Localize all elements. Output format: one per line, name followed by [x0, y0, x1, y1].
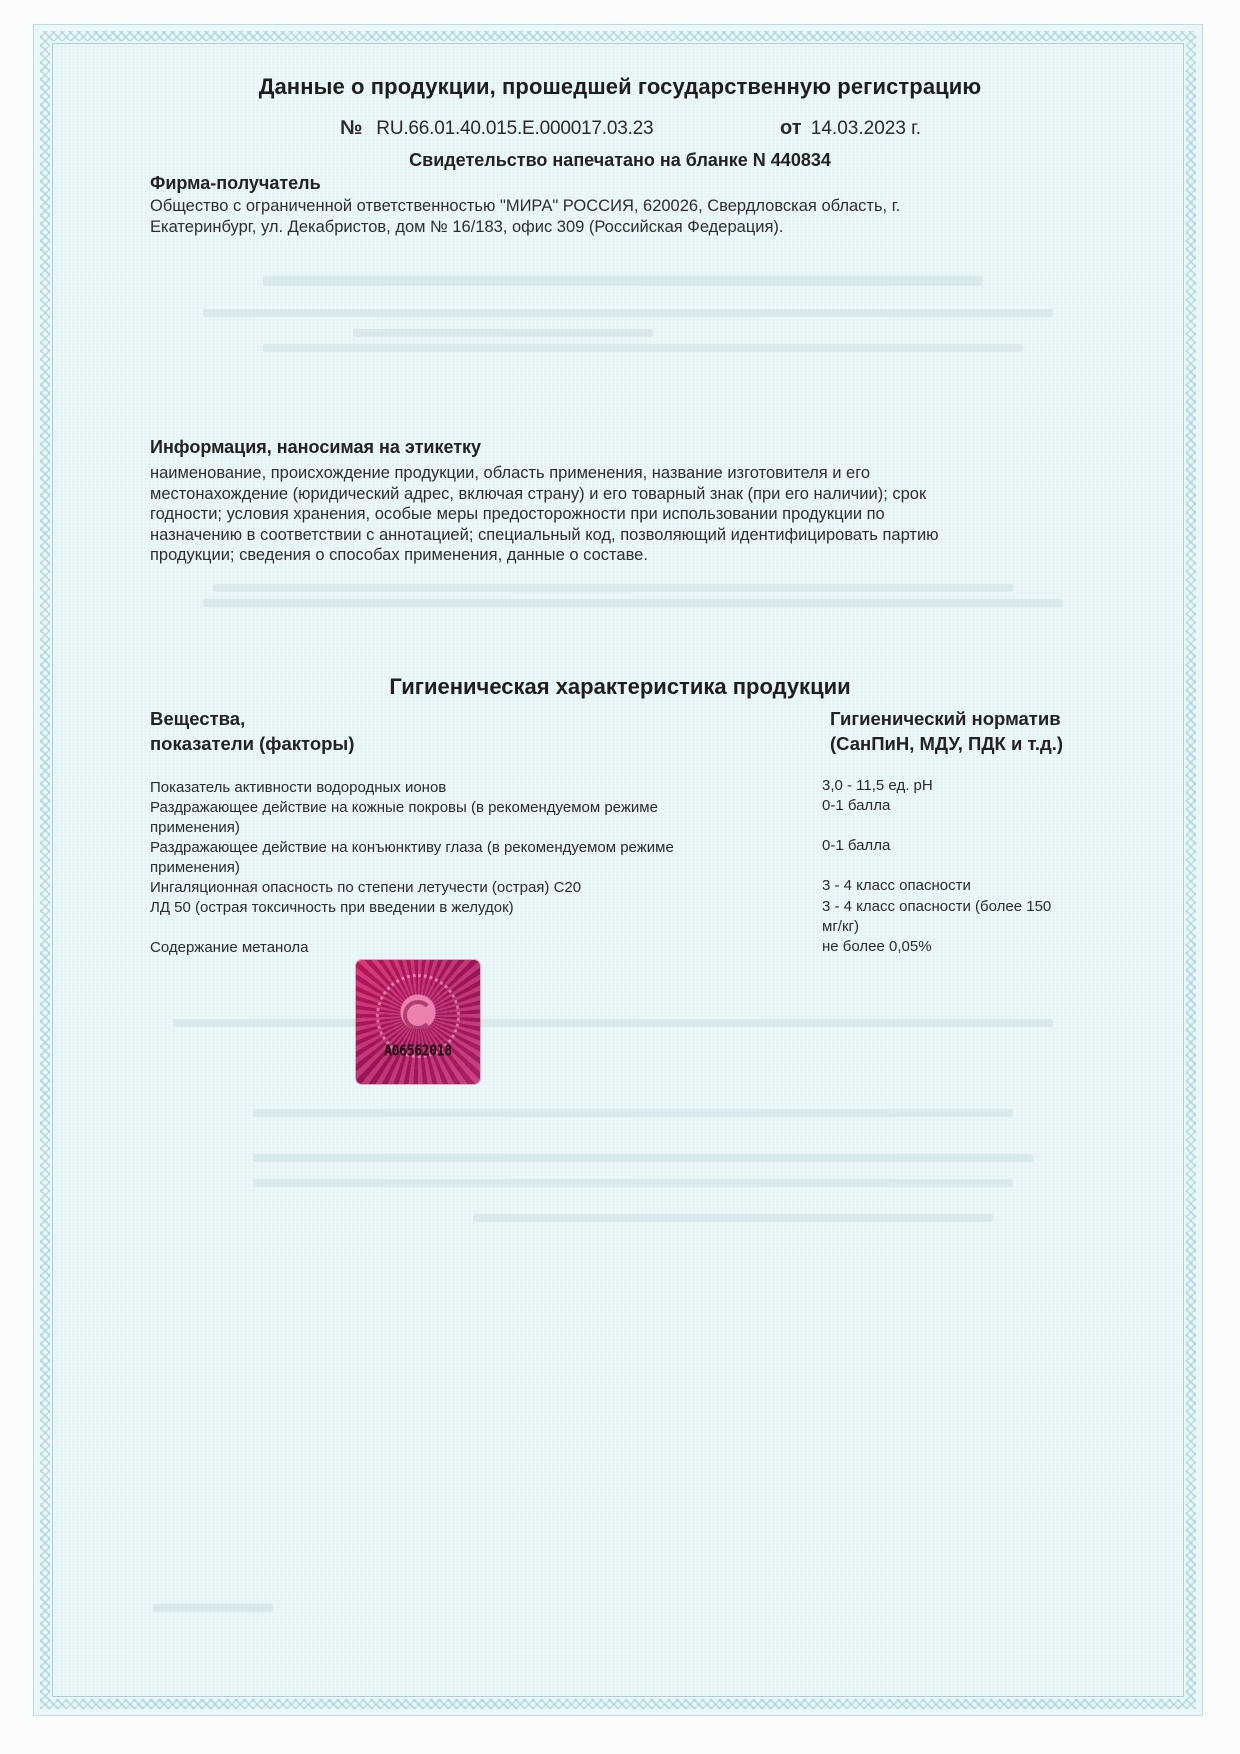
label-info-line: местонахождение (юридический адрес, вклю… [150, 484, 939, 505]
label-info-line: годности; условия хранения, особые меры … [150, 504, 939, 525]
registration-line: №RU.66.01.40.015.E.000017.03.23 от 14.03… [340, 117, 653, 140]
row-value-line: 0-1 балла [822, 836, 1112, 856]
recipient-line: Общество с ограниченной ответственностью… [150, 196, 900, 217]
recipient-address: Общество с ограниченной ответственностью… [150, 196, 900, 237]
table-row-label: Показатель активности водородных ионов [150, 778, 770, 798]
row-label-line: Раздражающее действие на конъюнктиву гла… [150, 838, 770, 858]
document-content: Данные о продукции, прошедшей государств… [0, 0, 1240, 1754]
hologram-serial: A06562018 [356, 1043, 480, 1060]
row-value-line: мг/кг) [822, 917, 1112, 937]
table-row-value: 3,0 - 11,5 ед. pH [822, 776, 1112, 796]
table-row-value: 3 - 4 класс опасности (более 150 мг/кг) [822, 897, 1112, 936]
row-value-line: 3,0 - 11,5 ед. pH [822, 776, 1112, 796]
recipient-line: Екатеринбург, ул. Декабристов, дом № 16/… [150, 217, 900, 238]
label-info-text: наименование, происхождение продукции, о… [150, 463, 939, 566]
number-mark: № [340, 117, 362, 139]
registration-number: RU.66.01.40.015.E.000017.03.23 [376, 118, 653, 139]
column-header-substances: Вещества, показатели (факторы) [150, 706, 354, 756]
row-label-line: применения) [150, 858, 770, 878]
hologram-seal: A06562018 [356, 960, 480, 1084]
table-row-label: Раздражающее действие на кожные покровы … [150, 798, 770, 837]
row-value-line: 0-1 балла [822, 796, 1112, 816]
table-row-label: Ингаляционная опасность по степени летуч… [150, 878, 770, 898]
label-info-line: назначению в соответствии с аннотацией; … [150, 525, 939, 546]
table-row-label: Содержание метанола [150, 938, 770, 958]
row-value-line: не более 0,05% [822, 937, 1112, 957]
row-value-line: 3 - 4 класс опасности (более 150 [822, 897, 1112, 917]
column-header-norm: Гигиенический норматив (СанПиН, МДУ, ПДК… [830, 706, 1063, 756]
registration-date-group: от 14.03.2023 г. [780, 117, 921, 140]
table-row-value: 0-1 балла [822, 796, 1112, 816]
column-header-line: Гигиенический норматив [830, 706, 1063, 731]
table-row-value: 0-1 балла [822, 836, 1112, 856]
row-label-line: Раздражающее действие на кожные покровы … [150, 798, 770, 818]
row-label-line: ЛД 50 (острая токсичность при введении в… [150, 898, 770, 918]
table-row-value: не более 0,05% [822, 937, 1112, 957]
column-header-line: (СанПиН, МДУ, ПДК и т.д.) [830, 731, 1063, 756]
date-prefix: от [780, 117, 802, 139]
row-label-line: Содержание метанола [150, 938, 770, 958]
table-row-label: Раздражающее действие на конъюнктиву гла… [150, 838, 770, 877]
hologram-emblem-icon [403, 1000, 433, 1030]
label-info-line: продукции; сведения о способах применени… [150, 545, 939, 566]
row-value-line: 3 - 4 класс опасности [822, 876, 1112, 896]
table-row-label: ЛД 50 (острая токсичность при введении в… [150, 898, 770, 918]
blank-number-line: Свидетельство напечатано на бланке N 440… [0, 150, 1240, 171]
document-title: Данные о продукции, прошедшей государств… [0, 74, 1240, 100]
hygiene-heading: Гигиеническая характеристика продукции [0, 674, 1240, 700]
table-row-value: 3 - 4 класс опасности [822, 876, 1112, 896]
registration-date: 14.03.2023 г. [811, 118, 921, 139]
row-label-line: применения) [150, 818, 770, 838]
row-label-line: Показатель активности водородных ионов [150, 778, 770, 798]
row-label-line: Ингаляционная опасность по степени летуч… [150, 878, 770, 898]
label-info-heading: Информация, наносимая на этикетку [150, 437, 481, 458]
label-info-line: наименование, происхождение продукции, о… [150, 463, 939, 484]
recipient-heading: Фирма-получатель [150, 173, 321, 194]
column-header-line: показатели (факторы) [150, 731, 354, 756]
column-header-line: Вещества, [150, 706, 354, 731]
